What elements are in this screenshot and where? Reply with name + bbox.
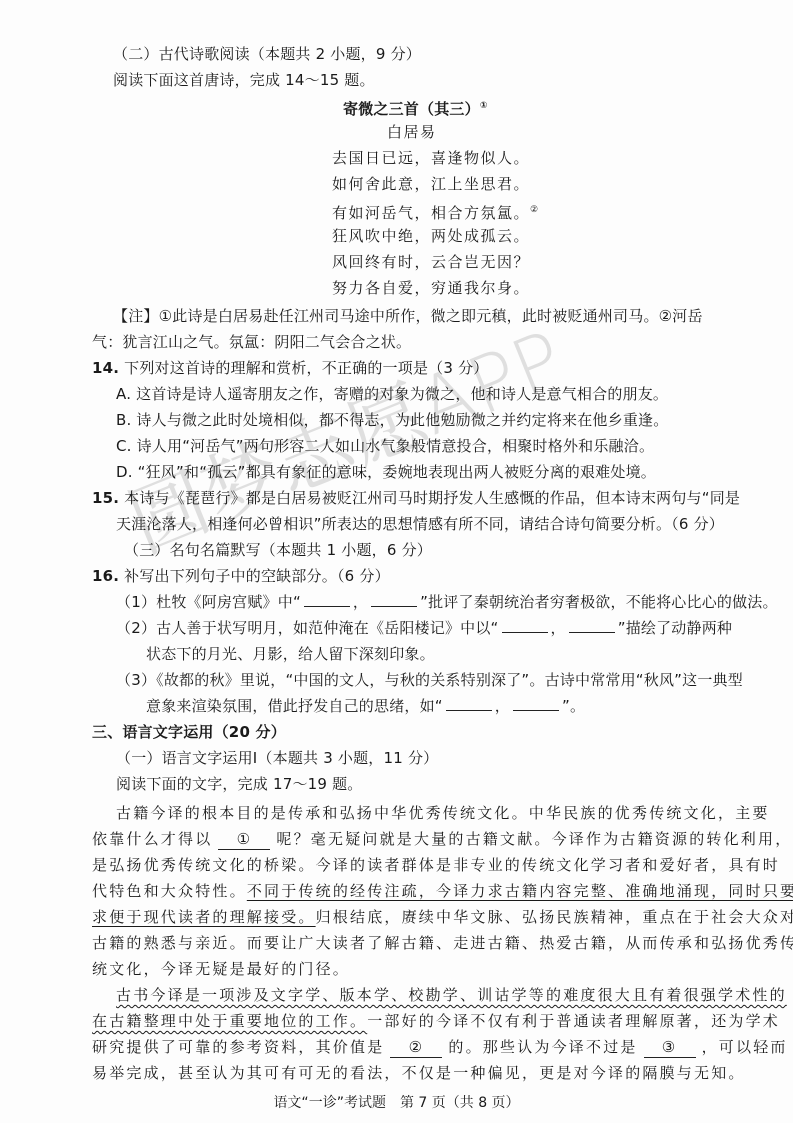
question-15-line-1: 本诗与《琵琶行》都是白居易被贬江州司马时期抒发人生感慨的作品，但本诗末两句与“同…	[124, 489, 740, 507]
page-footer: 语文“一诊”考试题 第 7 页（共 8 页）	[0, 1092, 793, 1112]
fill-blank[interactable]	[502, 618, 548, 633]
q16-item-3-line-1: （3）《故都的秋》里说，“中国的文人，与秋的关系特别深了”。古诗中常常用“秋风”…	[116, 670, 743, 690]
poem-title: 寄微之三首（其三）①	[343, 96, 488, 119]
exam-page: 圆梦志愿APP （二）古代诗歌阅读（本题共 2 小题，9 分） 阅读下面这首唐诗…	[0, 0, 793, 1123]
passage-p2-line-2: 在古籍整理中处于重要地位的工作。一部好的今译不仅有利于普通读者理解原著，还为学术	[92, 1011, 780, 1031]
section-header-recitation: （三）名句名篇默写（本题共 1 小题，6 分）	[124, 540, 432, 560]
poem-note-line-1: 【注】①此诗是白居易赴任江州司马途中所作，微之即元稹，此时被贬通州司马。②河岳	[113, 306, 703, 326]
passage-text: 研究提供了可靠的参考资料，其价值是	[92, 1038, 384, 1056]
fill-blank[interactable]	[304, 592, 350, 607]
fill-blank[interactable]	[446, 696, 492, 711]
q16-item-2-line-2: 状态下的月光、月影，给人留下深刻印象。	[146, 644, 435, 664]
item-text: ”批评了秦朝统治者穷奢极欲，不能将心比心的做法。	[420, 593, 778, 611]
passage-text: 归根结底，赓续中华文脉、弘扬民族精神，重点在于社会大众对	[316, 908, 793, 926]
item-text: ”。	[562, 697, 585, 715]
passage-text: 的。那些认为今译不过是	[448, 1038, 637, 1056]
passage-p2-line-1: 古书今译是一项涉及文字学、版本学、校勘学、训诂学等的难度很大且有着很强学术性的	[116, 985, 787, 1005]
option-a: A. 这首诗是诗人遥寄朋友之作，寄赠的对象为微之，他和诗人是意气相合的朋友。	[116, 384, 668, 404]
fill-blank[interactable]	[513, 696, 559, 711]
poem-title-text: 寄微之三首（其三）	[343, 100, 480, 118]
passage-p1-line-5: 求便于现代读者的理解接受。归根结底，赓续中华文脉、弘扬民族精神，重点在于社会大众…	[92, 907, 793, 927]
passage-p1-line-7: 统文化，今译无疑是最好的门径。	[92, 959, 350, 979]
fill-blank[interactable]	[371, 592, 417, 607]
passage-text: 呢？毫无疑问就是大量的古籍文献。今译作为古籍资源的转化利用，	[276, 830, 792, 848]
poem-line-1: 去国日已远，喜逢物似人。	[332, 148, 530, 168]
wavy-underlined-sentence: 古书今译是一项涉及文字学、版本学、校勘学、训诂学等的难度很大且有着很强学术性的	[116, 986, 787, 1004]
item-text: 意象来渲染氛围，借此抒发自己的思绪，如“	[146, 697, 443, 715]
passage-text: 依靠什么才得以	[92, 830, 212, 848]
question-number: 16.	[92, 567, 119, 585]
wavy-underlined-sentence: 在古籍整理中处于重要地位的工作。	[92, 1012, 367, 1030]
language-instruction: 阅读下面的文字，完成 17～19 题。	[116, 774, 363, 794]
comma: ，	[353, 593, 368, 611]
option-d: D. “狂风”和“孤云”都具有象征的意味，委婉地表现出两人被贬分离的艰难处境。	[116, 462, 656, 482]
poem-note-line-2: 气：犹言江山之气。氛氲：阴阳二气会合之状。	[92, 332, 411, 352]
poem-line-5: 风回终有时，云合岂无因？	[332, 252, 530, 272]
item-text: ”描绘了动静两种	[618, 619, 732, 637]
passage-p1-line-2: 依靠什么才得以①呢？毫无疑问就是大量的古籍文献。今译作为古籍资源的转化利用，	[92, 829, 792, 850]
option-b: B. 诗人与微之此时处境相似，都不得志，为此他勉励微之并约定将来在他乡重逢。	[116, 410, 668, 430]
question-stem: 下列对这首诗的理解和赏析，不正确的一项是（3 分）	[124, 359, 488, 377]
item-text: （2）古人善于状写明月，如范仲淹在《岳阳楼记》中以“	[116, 619, 499, 637]
passage-text: ，可以轻而	[702, 1038, 788, 1056]
question-16: 16. 补写出下列句子中的空缺部分。（6 分）	[92, 566, 390, 586]
question-14: 14. 下列对这首诗的理解和赏析，不正确的一项是（3 分）	[92, 358, 488, 378]
question-number: 15.	[92, 489, 119, 507]
sub-section-header: （一）语言文字运用Ⅰ（本题共 3 小题，11 分）	[116, 748, 438, 768]
q16-item-2: （2）古人善于状写明月，如范仲淹在《岳阳楼记》中以“，”描绘了动静两种	[116, 618, 732, 638]
footnote-mark-1: ①	[480, 101, 488, 111]
passage-p2-line-3: 研究提供了可靠的参考资料，其价值是②的。那些认为今译不过是③，可以轻而	[92, 1037, 788, 1058]
numbered-blank-3[interactable]: ③	[644, 1037, 696, 1058]
passage-p2-line-4: 易举完成，甚至认为其可有可无的看法，不仅是一种偏见，更是对今译的隔膜与无知。	[92, 1063, 746, 1083]
fill-blank[interactable]	[569, 618, 615, 633]
question-stem: 补写出下列句子中的空缺部分。（6 分）	[124, 567, 390, 585]
passage-text: 一部好的今译不仅有利于普通读者理解原著，还为学术	[367, 1012, 780, 1030]
comma: ，	[495, 697, 510, 715]
numbered-blank-2[interactable]: ②	[390, 1037, 442, 1058]
underlined-sentence: 不同于传统的经传注疏，今译力求古籍内容完整、准确地涌现，同时只要	[247, 882, 793, 900]
poem-line-6: 努力各自爱，穷通我尔身。	[332, 278, 530, 298]
q16-item-1: （1）杜牧《阿房宫赋》中“，”批评了秦朝统治者穷奢极欲，不能将心比心的做法。	[116, 592, 778, 612]
item-text: （1）杜牧《阿房宫赋》中“	[116, 593, 301, 611]
poetry-instruction: 阅读下面这首唐诗，完成 14～15 题。	[113, 70, 375, 90]
question-number: 14.	[92, 359, 119, 377]
poem-line-3-text: 有如河岳气，相合方氛氲。	[332, 204, 530, 222]
passage-text: 代特色和大众特性。	[92, 882, 247, 900]
question-15-line-2: 天涯沦落人，相逢何必曾相识”所表达的思想情感有所不同，请结合诗句简要分析。（6 …	[116, 514, 724, 534]
comma: ，	[551, 619, 566, 637]
poem-line-3: 有如河岳气，相合方氛氲。②	[332, 200, 540, 223]
poem-author: 白居易	[387, 122, 437, 142]
question-15: 15. 本诗与《琵琶行》都是白居易被贬江州司马时期抒发人生感慨的作品，但本诗末两…	[92, 488, 740, 508]
poem-line-2: 如何舍此意，江上坐思君。	[332, 174, 530, 194]
poem-line-4: 狂风吹中绝，两处成孤云。	[332, 226, 530, 246]
passage-p1-line-6: 古籍的熟悉与亲近。而要让广大读者了解古籍、走进古籍、热爱古籍，从而传承和弘扬优秀…	[92, 933, 793, 953]
footnote-mark-2: ②	[530, 205, 540, 215]
q16-item-3: 意象来渲染氛围，借此抒发自己的思绪，如“，”。	[146, 696, 585, 716]
underlined-sentence: 求便于现代读者的理解接受。	[92, 908, 316, 926]
section-header-poetry: （二）古代诗歌阅读（本题共 2 小题，9 分）	[113, 44, 421, 64]
passage-p1-line-3: 是弘扬优秀传统文化的桥梁。今译的读者群体是非专业的传统文化学习者和爱好者，具有时	[92, 855, 780, 875]
passage-p1-line-1: 古籍今译的根本目的是传承和弘扬中华优秀传统文化。中华民族的优秀传统文化，主要	[116, 803, 770, 823]
section-header-language: 三、语言文字运用（20 分）	[92, 722, 286, 742]
passage-p1-line-4: 代特色和大众特性。不同于传统的经传注疏，今译力求古籍内容完整、准确地涌现，同时只…	[92, 881, 793, 901]
option-c: C. 诗人用“河岳气”两句形容二人如山水气象般情意投合，相聚时格外和乐融洽。	[116, 436, 654, 456]
numbered-blank-1[interactable]: ①	[218, 829, 270, 850]
